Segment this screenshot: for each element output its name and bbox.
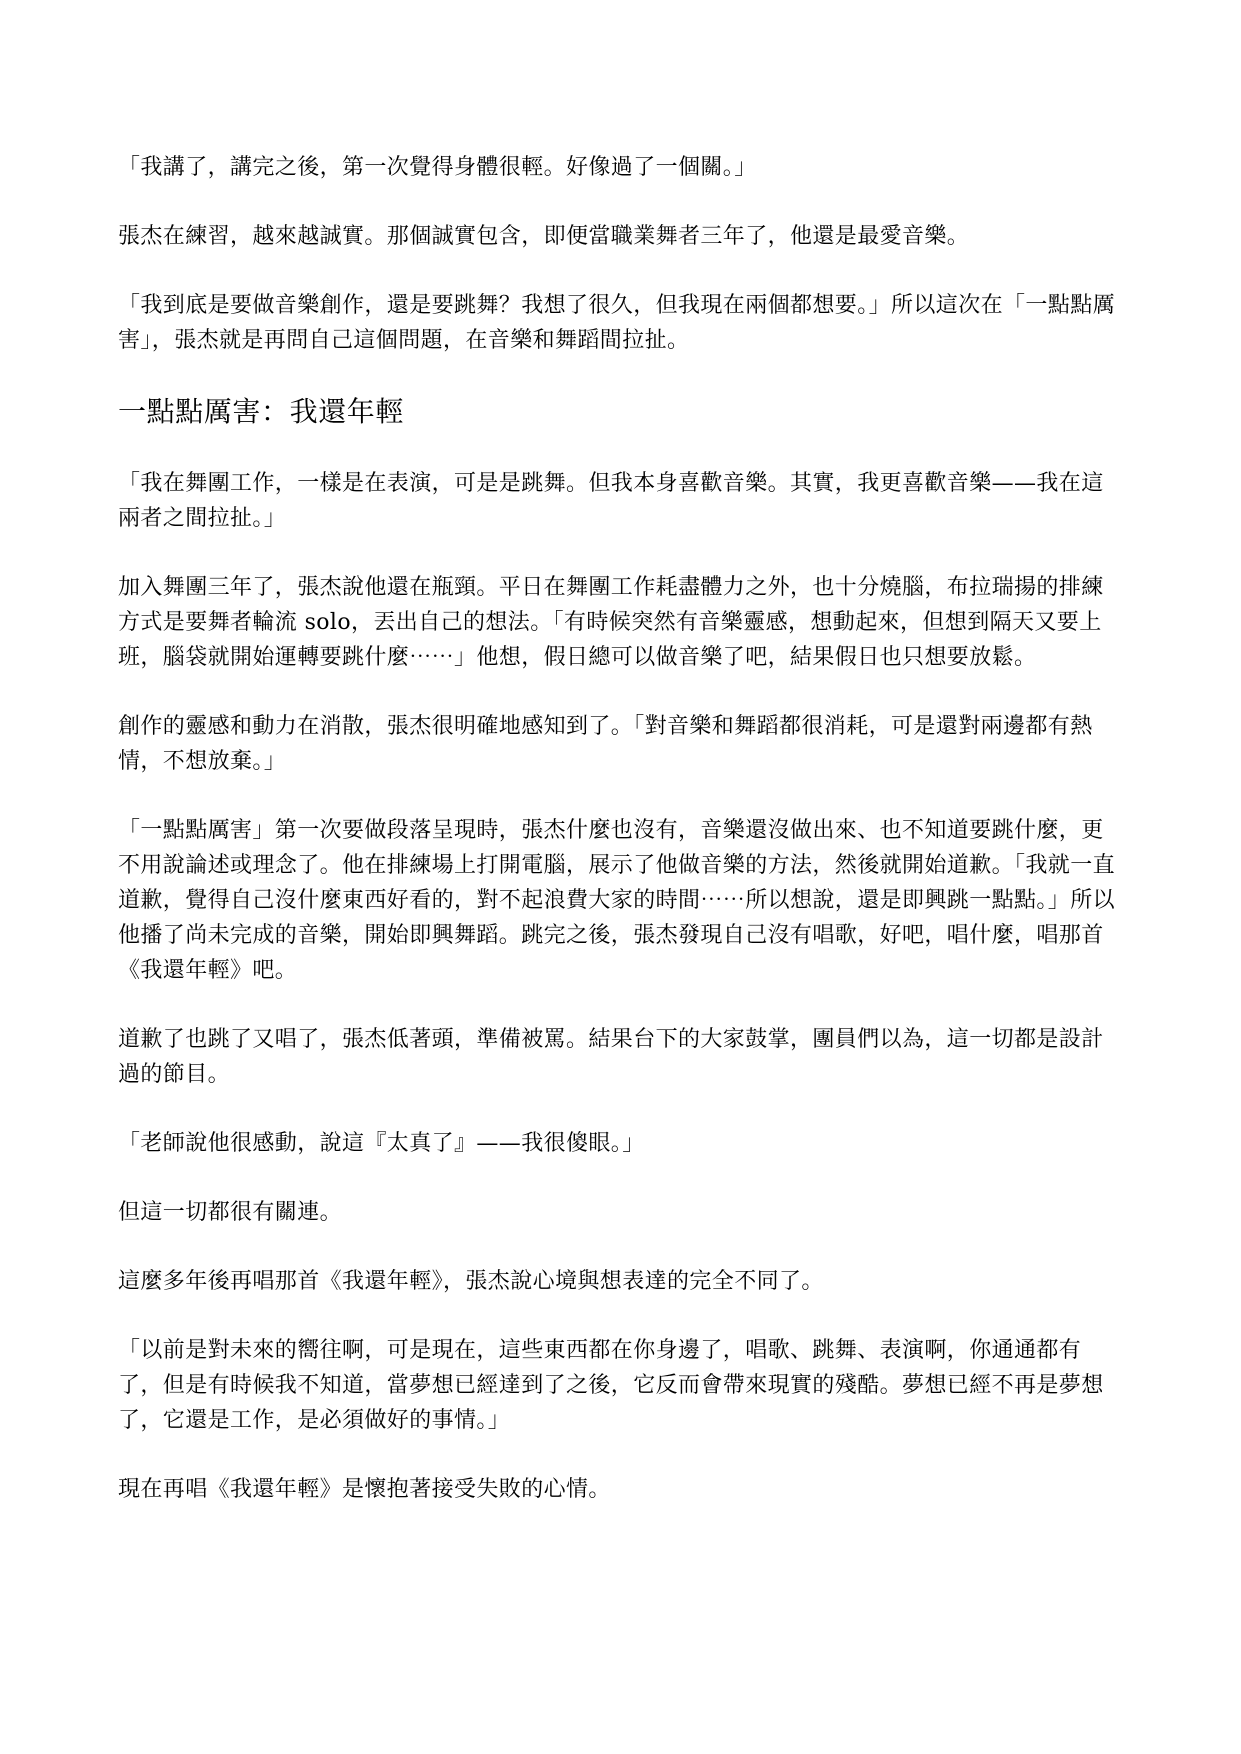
paragraph: 「一點點厲害」第一次要做段落呈現時，張杰什麼也沒有，音樂還沒做出來、也不知道要跳… [118, 813, 1118, 988]
paragraph: 「我到底是要做音樂創作，還是要跳舞？我想了很久，但我現在兩個都想要。」所以這次在… [118, 288, 1118, 358]
paragraph: 創作的靈感和動力在消散，張杰很明確地感知到了。「對音樂和舞蹈都很消耗，可是還對兩… [118, 709, 1118, 779]
paragraph: 這麼多年後再唱那首《我還年輕》，張杰說心境與想表達的完全不同了。 [118, 1264, 1118, 1299]
paragraph: 道歉了也跳了又唱了，張杰低著頭，準備被罵。結果台下的大家鼓掌，團員們以為，這一切… [118, 1022, 1118, 1092]
section-heading: 一點點厲害：我還年輕 [118, 392, 1118, 432]
paragraph: 加入舞團三年了，張杰說他還在瓶頸。平日在舞團工作耗盡體力之外，也十分燒腦，布拉瑞… [118, 570, 1118, 675]
paragraph: 張杰在練習，越來越誠實。那個誠實包含，即便當職業舞者三年了，他還是最愛音樂。 [118, 219, 1118, 254]
paragraph: 「以前是對未來的嚮往啊，可是現在，這些東西都在你身邊了，唱歌、跳舞、表演啊，你通… [118, 1333, 1118, 1438]
paragraph: 「老師說他很感動，說這『太真了』——我很傻眼。」 [118, 1126, 1118, 1161]
paragraph: 但這一切都很有關連。 [118, 1195, 1118, 1230]
paragraph: 現在再唱《我還年輕》是懷抱著接受失敗的心情。 [118, 1472, 1118, 1507]
paragraph: 「我講了，講完之後，第一次覺得身體很輕。好像過了一個關。」 [118, 150, 1118, 185]
paragraph: 「我在舞團工作，一樣是在表演，可是是跳舞。但我本身喜歡音樂。其實，我更喜歡音樂—… [118, 466, 1118, 536]
document-page: 「我講了，講完之後，第一次覺得身體很輕。好像過了一個關。」 張杰在練習，越來越誠… [118, 150, 1118, 1541]
